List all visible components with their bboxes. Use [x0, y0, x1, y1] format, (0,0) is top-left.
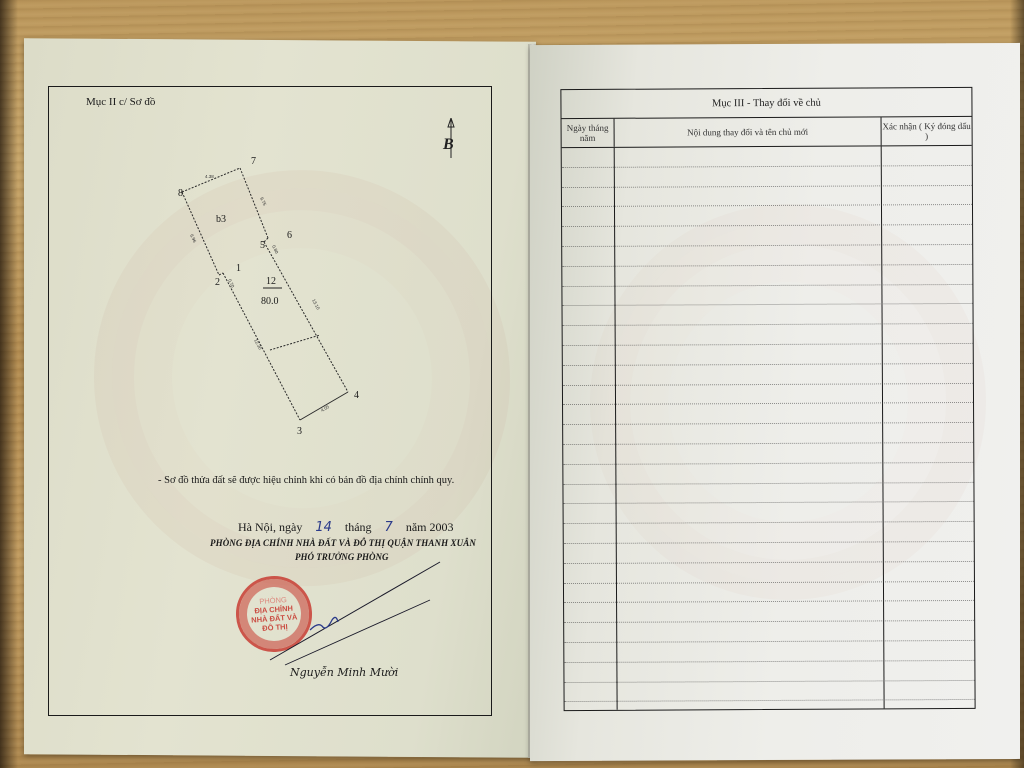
- table-row: [563, 443, 973, 465]
- table-row: [563, 423, 973, 445]
- column-header-date: Ngày tháng năm: [562, 119, 615, 147]
- table-header-row: Ngày tháng năm Nội dung thay đổi và tên …: [562, 117, 972, 148]
- table-row: [564, 601, 974, 623]
- land-parcel-diagram: 7 8 6 5 1 2 4 3 b3 12 80.0 4.38 9.75 6.9…: [160, 150, 380, 440]
- signer-name: Nguyễn Minh Mười: [290, 666, 398, 679]
- vertex-6: 6: [287, 230, 292, 241]
- parcel-number: 12: [266, 276, 276, 287]
- table-row: [564, 502, 974, 524]
- table-row: [563, 344, 973, 366]
- vertex-4: 4: [354, 390, 359, 401]
- column-header-confirmation: Xác nhận ( Ký đóng dấu ): [882, 117, 972, 145]
- vertex-7: 7: [251, 156, 256, 167]
- table-row: [562, 265, 972, 287]
- issuing-office: PHÒNG ĐỊA CHÍNH NHÀ ĐẤT VÀ ĐÔ THỊ QUẬN T…: [210, 538, 476, 548]
- table-row: [564, 522, 974, 544]
- table-row: [564, 621, 974, 643]
- svg-text:13.10: 13.10: [311, 298, 321, 311]
- table-row: [562, 146, 972, 168]
- table-row: [563, 364, 973, 386]
- table-row: [564, 641, 974, 663]
- date-day: 14: [305, 520, 342, 535]
- table-row: [562, 285, 972, 307]
- table-row: [564, 581, 974, 603]
- vertex-2: 2: [215, 277, 220, 288]
- table-row: [562, 205, 972, 227]
- vertex-3: 3: [297, 426, 302, 437]
- svg-text:12.30: 12.30: [253, 338, 263, 351]
- vertex-5: 5: [260, 240, 265, 251]
- table-row: [564, 542, 974, 564]
- table-row: [562, 225, 972, 247]
- section-title-diagram: Mục II c/ Sơ đồ: [86, 96, 155, 108]
- svg-text:4.38: 4.38: [205, 174, 214, 179]
- svg-text:4.05: 4.05: [320, 404, 331, 413]
- table-row: [563, 482, 973, 504]
- table-row: [563, 463, 973, 485]
- table-row: [563, 324, 973, 346]
- ownership-change-table: Mục III - Thay đổi về chủ Ngày tháng năm…: [560, 87, 975, 711]
- table-row: [563, 383, 973, 405]
- table-row: [563, 304, 973, 326]
- svg-text:0.80: 0.80: [271, 244, 279, 255]
- sub-label: b3: [216, 214, 226, 225]
- table-row: [562, 186, 972, 208]
- svg-text:9.75: 9.75: [259, 196, 267, 207]
- date-year: năm 2003: [406, 520, 454, 534]
- vertex-8: 8: [178, 188, 183, 199]
- table-row: [562, 245, 972, 267]
- shadow-edge: [0, 0, 18, 768]
- table-row: [564, 680, 974, 702]
- table-row: [564, 661, 974, 683]
- north-label: B: [443, 136, 454, 154]
- diagram-note: - Sơ đồ thửa đất sẽ được hiệu chỉnh khi …: [158, 475, 454, 486]
- column-header-content: Nội dung thay đổi và tên chủ mới: [615, 117, 882, 146]
- table-row: [564, 562, 974, 584]
- signature-icon: [240, 560, 450, 670]
- date-month: 7: [375, 520, 403, 535]
- date-prefix: Hà Nội, ngày: [238, 520, 302, 534]
- table-rows: [562, 146, 975, 710]
- parcel-area: 80.0: [261, 296, 279, 307]
- table-row: [563, 403, 973, 425]
- svg-text:6.96: 6.96: [189, 233, 197, 244]
- issue-date: Hà Nội, ngày 14 tháng 7 năm 2003: [238, 520, 454, 535]
- date-month-label: tháng: [345, 520, 372, 534]
- table-row: [562, 166, 972, 188]
- vertex-1: 1: [236, 263, 241, 274]
- table-title: Mục III - Thay đổi về chủ: [561, 88, 971, 119]
